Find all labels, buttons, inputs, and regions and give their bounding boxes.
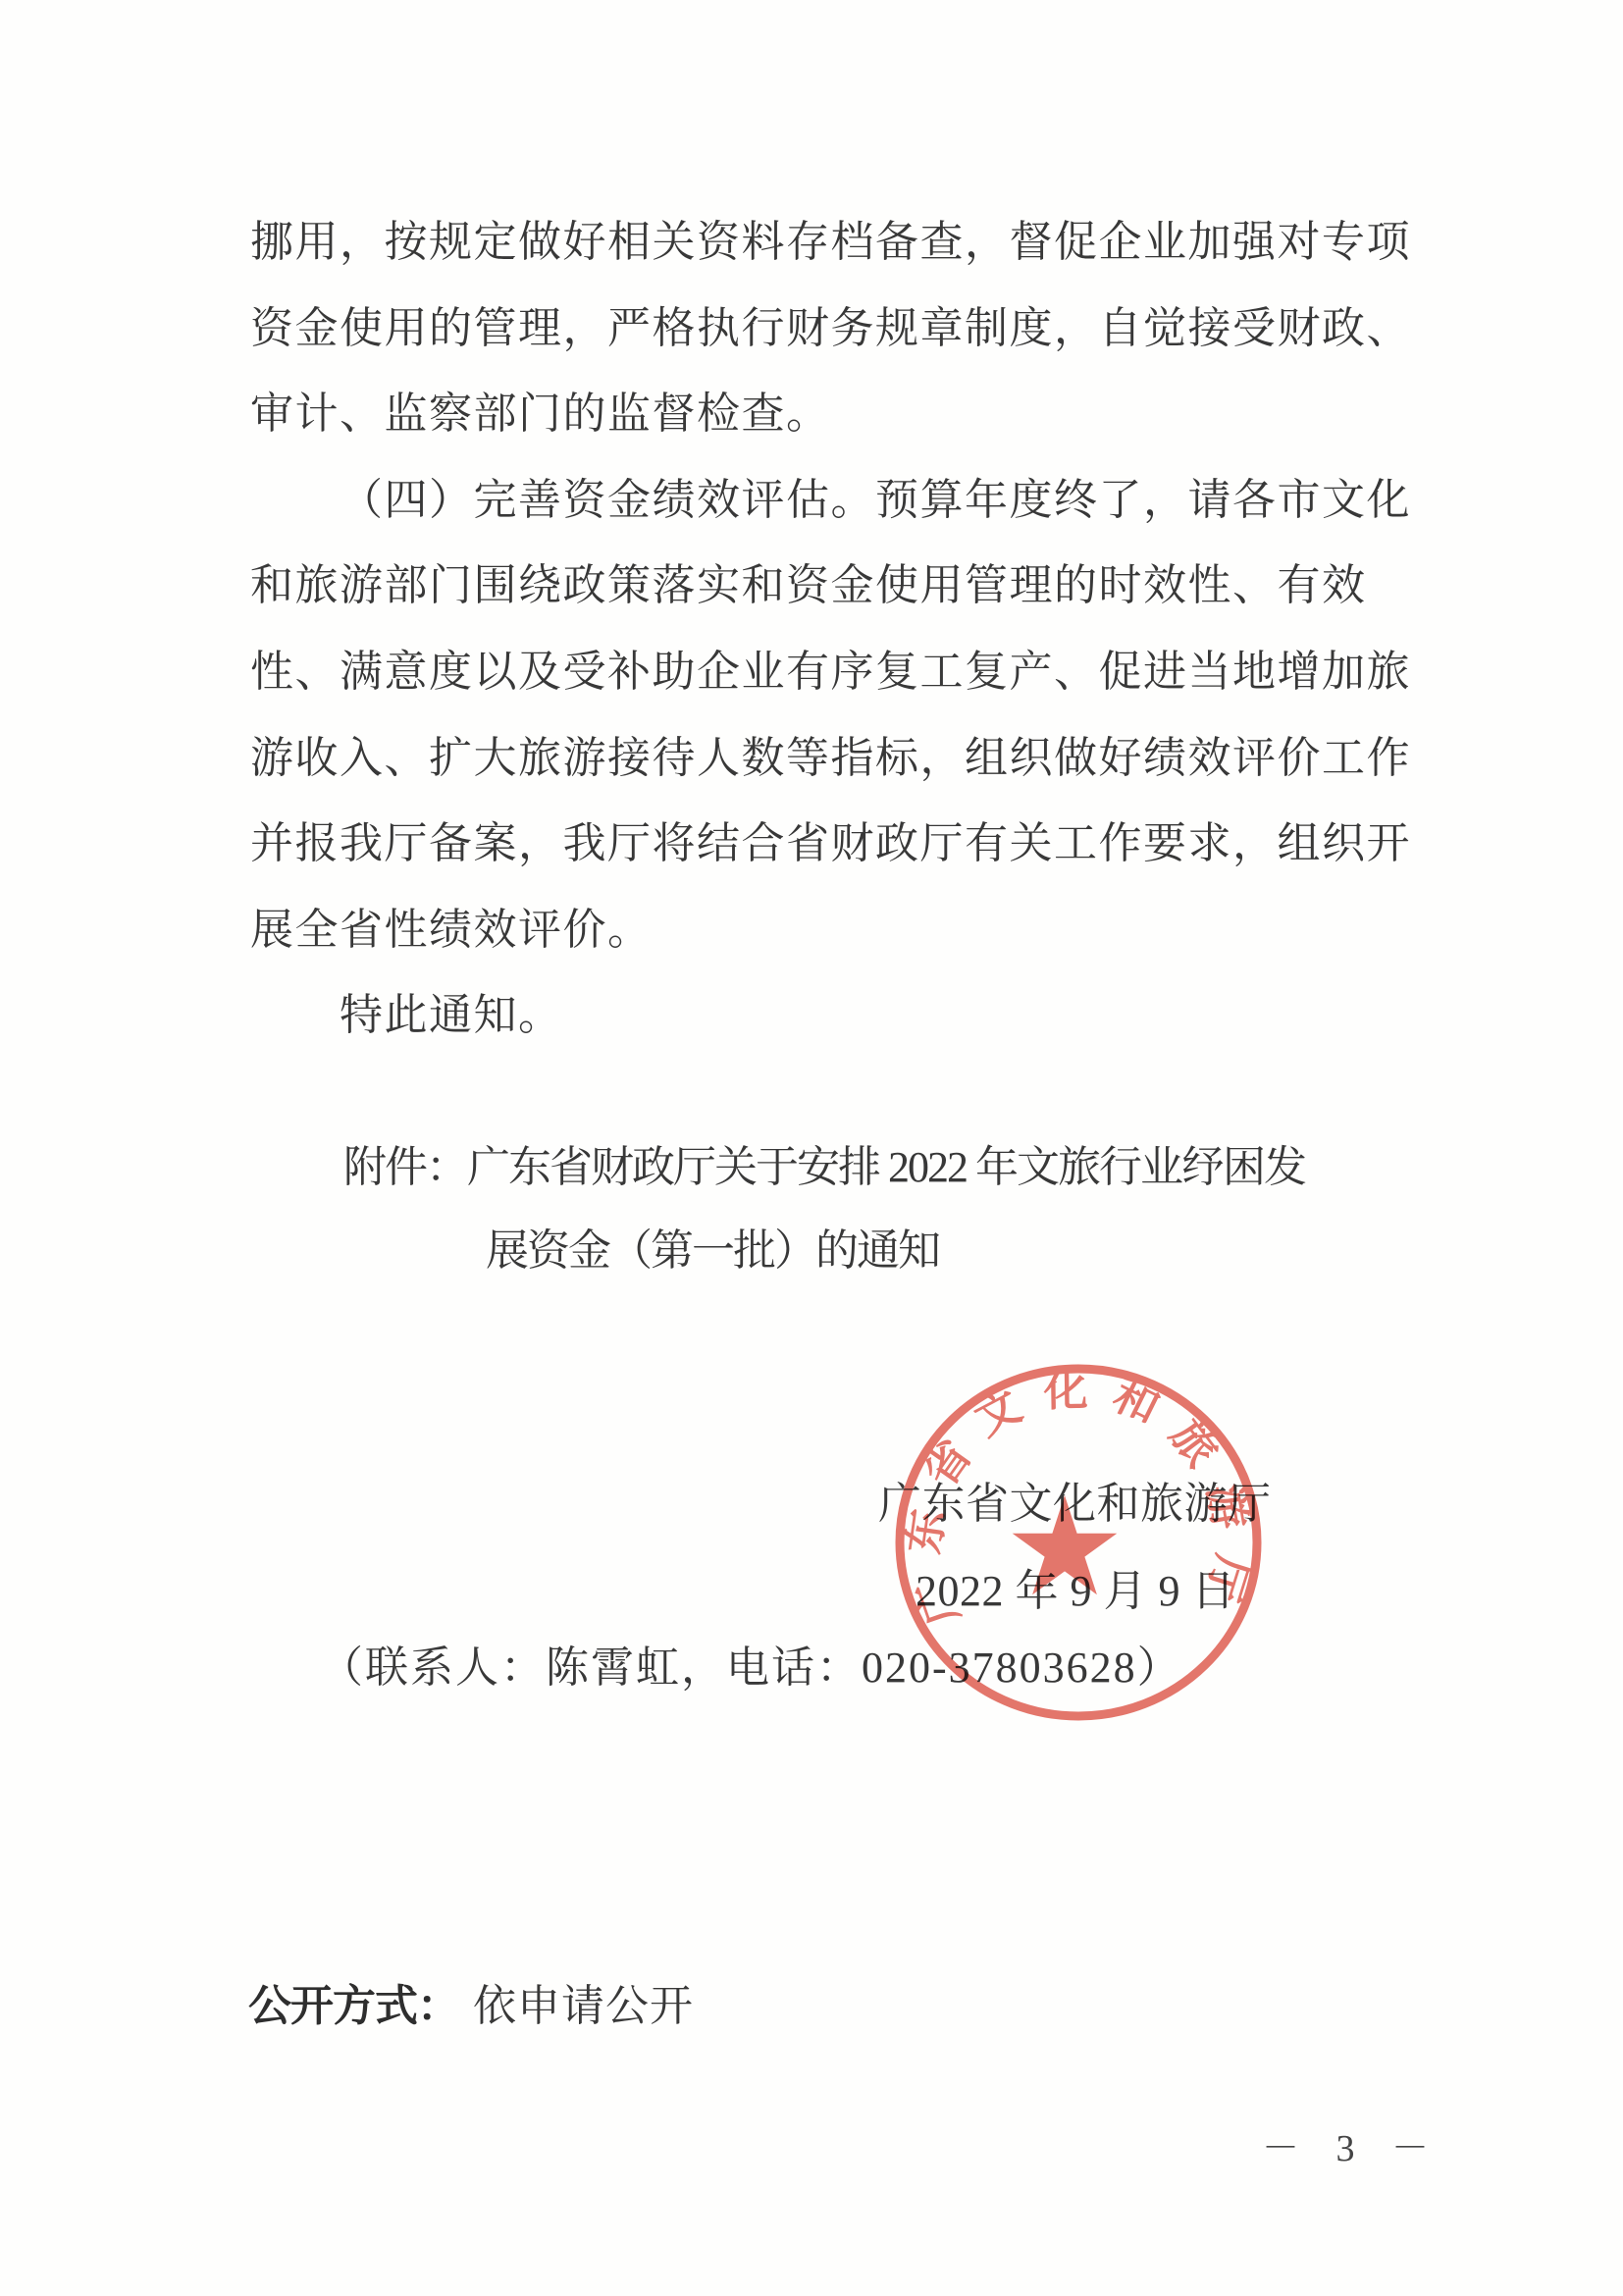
contact-line: （联系人：陈霄虹，电话：020-37803628） (320, 1625, 1182, 1711)
body-line: 并报我厅备案，我厅将结合省财政厅有关工作要求，组织开 (250, 801, 1413, 887)
body-line: 挪用，按规定做好相关资料存档备查，督促企业加强对专项 (250, 199, 1413, 286)
body-text: 挪用，按规定做好相关资料存档备查，督促企业加强对专项 资金使用的管理，严格执行财… (250, 199, 1413, 1059)
body-line: 性、满意度以及受补助企业有序复工复产、促进当地增加旅 (250, 629, 1413, 715)
body-line: 审计、监察部门的监督检查。 (250, 371, 1413, 457)
body-line: 资金使用的管理，严格执行财务规章制度，自觉接受财政、 (250, 286, 1413, 372)
body-line: 展全省性绩效评价。 (250, 887, 1413, 973)
signature-org: 广东省文化和旅游厅 (878, 1461, 1272, 1547)
body-line: （四）完善资金绩效评估。预算年度终了，请各市文化 (250, 457, 1413, 544)
disclosure-value: 依申请公开 (473, 1982, 694, 2030)
attachment-line-1: 附件：广东省财政厅关于安排 2022 年文旅行业纾困发 (343, 1124, 1305, 1211)
attachment-line-2: 展资金（第一批）的通知 (486, 1208, 939, 1294)
disclosure-label: 公开方式： (248, 1982, 459, 2030)
body-line: 特此通知。 (250, 972, 1413, 1059)
body-line: 游收入、扩大旅游接待人数等指标，组织做好绩效评价工作 (250, 715, 1413, 802)
body-line: 和旅游部门围绕政策落实和资金使用管理的时效性、有效 (250, 543, 1413, 629)
page-number: － 3 － (1262, 2106, 1442, 2192)
signature-date: 2022 年 9 月 9 日 (916, 1548, 1235, 1635)
document-page: 挪用，按规定做好相关资料存档备查，督促企业加强对专项 资金使用的管理，严格执行财… (0, 0, 1623, 2296)
disclosure-line: 公开方式：依申请公开 (248, 1963, 694, 2050)
